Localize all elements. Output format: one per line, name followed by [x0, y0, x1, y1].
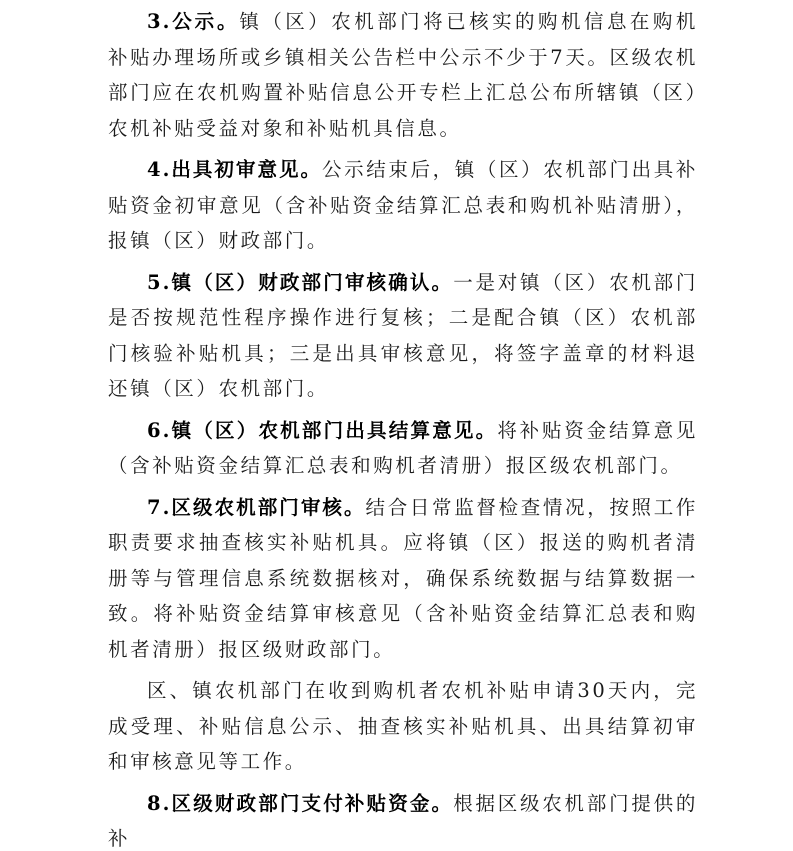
paragraph-heading: 7.区级农机部门审核。 — [147, 496, 366, 519]
paragraph-preliminary-review: 4.出具初审意见。公示结束后，镇（区）农机部门出具补贴资金初审意见（含补贴资金结… — [108, 152, 698, 259]
paragraph-district-review: 7.区级农机部门审核。结合日常监督检查情况，按照工作职责要求抽查核实补贴机具。应… — [108, 490, 698, 668]
document-page: 3.公示。镇（区）农机部门将已核实的购机信息在购机补贴办理场所或乡镇相关公告栏中… — [108, 4, 698, 851]
paragraph-heading: 3.公示。 — [147, 10, 239, 33]
paragraph-heading: 5.镇（区）财政部门审核确认。 — [147, 271, 453, 294]
paragraph-publicity: 3.公示。镇（区）农机部门将已核实的购机信息在购机补贴办理场所或乡镇相关公告栏中… — [108, 4, 698, 146]
paragraph-settlement-opinion: 6.镇（区）农机部门出具结算意见。将补贴资金结算意见（含补贴资金结算汇总表和购机… — [108, 413, 698, 484]
paragraph-heading: 8.区级财政部门支付补贴资金。 — [147, 792, 453, 815]
paragraph-body: 区、镇农机部门在收到购机者农机补贴申请30天内，完成受理、补贴信息公示、抽查核实… — [108, 679, 698, 773]
paragraph-body: 结合日常监督检查情况，按照工作职责要求抽查核实补贴机具。应将镇（区）报送的购机者… — [108, 496, 698, 661]
paragraph-payment: 8.区级财政部门支付补贴资金。根据区级农机部门提供的补 — [108, 786, 698, 851]
paragraph-heading: 6.镇（区）农机部门出具结算意见。 — [147, 419, 497, 442]
paragraph-finance-confirmation: 5.镇（区）财政部门审核确认。一是对镇（区）农机部门是否按规范性程序操作进行复核… — [108, 265, 698, 407]
paragraph-heading: 4.出具初审意见。 — [147, 158, 322, 181]
paragraph-timeline-note: 区、镇农机部门在收到购机者农机补贴申请30天内，完成受理、补贴信息公示、抽查核实… — [108, 673, 698, 780]
